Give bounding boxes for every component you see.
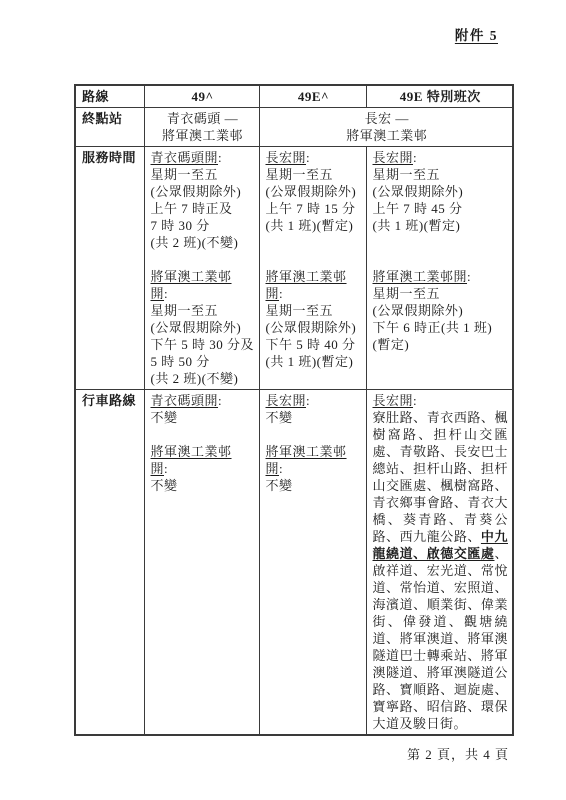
header-col-49e-special: 49E 特別班次 [366,85,513,108]
route-cell-49e-special: 長宏開:寮肚路、青衣西路、楓樹窩路、担杆山交匯處、青敬路、長安巴士總站、担杆山路… [366,390,513,736]
appendix-label: 附件 5 [455,24,498,44]
service-hours-cell-49: 青衣碼頭開:星期一至五(公眾假期除外)上午 7 時正及7 時 30 分(共 2 … [144,147,259,390]
route-cell-49e: 長宏開:不變 將軍澳工業邨開:不變 [259,390,366,736]
route-row-label: 行車路線 [75,390,144,736]
table-header-row: 路線 49^ 49E^ 49E 特別班次 [75,85,513,108]
terminus-cell-49: 青衣碼頭 —將軍澳工業邨 [144,108,259,147]
header-col-49e: 49E^ [259,85,366,108]
header-route-label: 路線 [75,85,144,108]
route-cell-49: 青衣碼頭開:不變 將軍澳工業邨開:不變 [144,390,259,736]
bus-route-table: 路線 49^ 49E^ 49E 特別班次 終點站 青衣碼頭 —將軍澳工業邨 長宏… [74,84,514,736]
page-number: 第 2 頁，共 4 頁 [407,744,509,763]
terminus-row-label: 終點站 [75,108,144,147]
terminus-row: 終點站 青衣碼頭 —將軍澳工業邨 長宏 —將軍澳工業邨 [75,108,513,147]
service-hours-row: 服務時間 青衣碼頭開:星期一至五(公眾假期除外)上午 7 時正及7 時 30 分… [75,147,513,390]
service-hours-cell-49e-special: 長宏開:星期一至五(公眾假期除外)上午 7 時 45 分(共 1 班)(暫定) … [366,147,513,390]
header-col-49: 49^ [144,85,259,108]
service-hours-cell-49e: 長宏開:星期一至五(公眾假期除外)上午 7 時 15 分(共 1 班)(暫定) … [259,147,366,390]
service-hours-row-label: 服務時間 [75,147,144,390]
route-row: 行車路線 青衣碼頭開:不變 將軍澳工業邨開:不變 長宏開:不變 將軍澳工業邨開:… [75,390,513,736]
terminus-cell-49e-merged: 長宏 —將軍澳工業邨 [259,108,513,147]
